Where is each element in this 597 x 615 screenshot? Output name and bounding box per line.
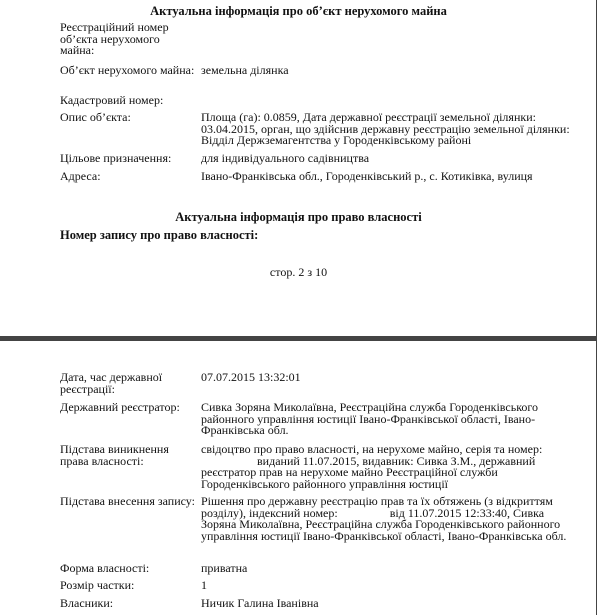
field-label: Державний реєстратор:: [60, 402, 195, 414]
field-label: Підстава виникнення права власності:: [60, 444, 195, 467]
ownership-basis-rest: виданий 11.07.2015, видавник: Сивка З.М.…: [201, 454, 535, 491]
field-value: Івано-Франківська обл., Городенківський …: [201, 171, 571, 183]
field-label: Розмір частки:: [60, 580, 195, 592]
field-label: Опис об’єкта:: [60, 112, 195, 124]
object-info-title: Актуальна інформація про об’єкт нерухомо…: [0, 4, 597, 18]
field-label: Форма власності:: [60, 563, 195, 575]
field-value: Площа (га): 0.0859, Дата державної реєст…: [201, 112, 571, 147]
field-value: Сивка Зоряна Миколаївна, Реєстраційна сл…: [201, 402, 571, 437]
field-value: 1: [201, 580, 571, 592]
field-label: Об’єкт нерухомого майна:: [60, 65, 195, 77]
field-value: земельна ділянка: [201, 65, 571, 77]
field-label: Кадастровий номер:: [60, 95, 195, 107]
field-value: Ничик Галина Іванівна: [201, 598, 571, 610]
field-value: Рішення про державну реєстрацію прав та …: [201, 496, 571, 542]
page-number: стор. 2 з 10: [0, 265, 597, 279]
page-separator: [0, 336, 597, 341]
ownership-record-number-label: Номер запису про право власності:: [60, 228, 258, 242]
field-value: для індивідуального садівництва: [201, 153, 571, 165]
field-label: Реєстраційний номер об’єкта нерухомого м…: [60, 22, 195, 57]
field-label: Цільове призначення:: [60, 153, 195, 165]
ownership-info-title: Актуальна інформація про право власності: [0, 210, 597, 224]
field-label: Підстава внесення запису:: [60, 496, 195, 508]
field-value: приватна: [201, 563, 571, 575]
field-label: Адреса:: [60, 171, 195, 183]
field-value: свідоцтво про право власності, на нерухо…: [201, 444, 571, 490]
field-value: 07.07.2015 13:32:01: [201, 372, 571, 384]
field-label: Дата, час державної реєстрації:: [60, 372, 195, 395]
field-label: Власники:: [60, 598, 195, 610]
